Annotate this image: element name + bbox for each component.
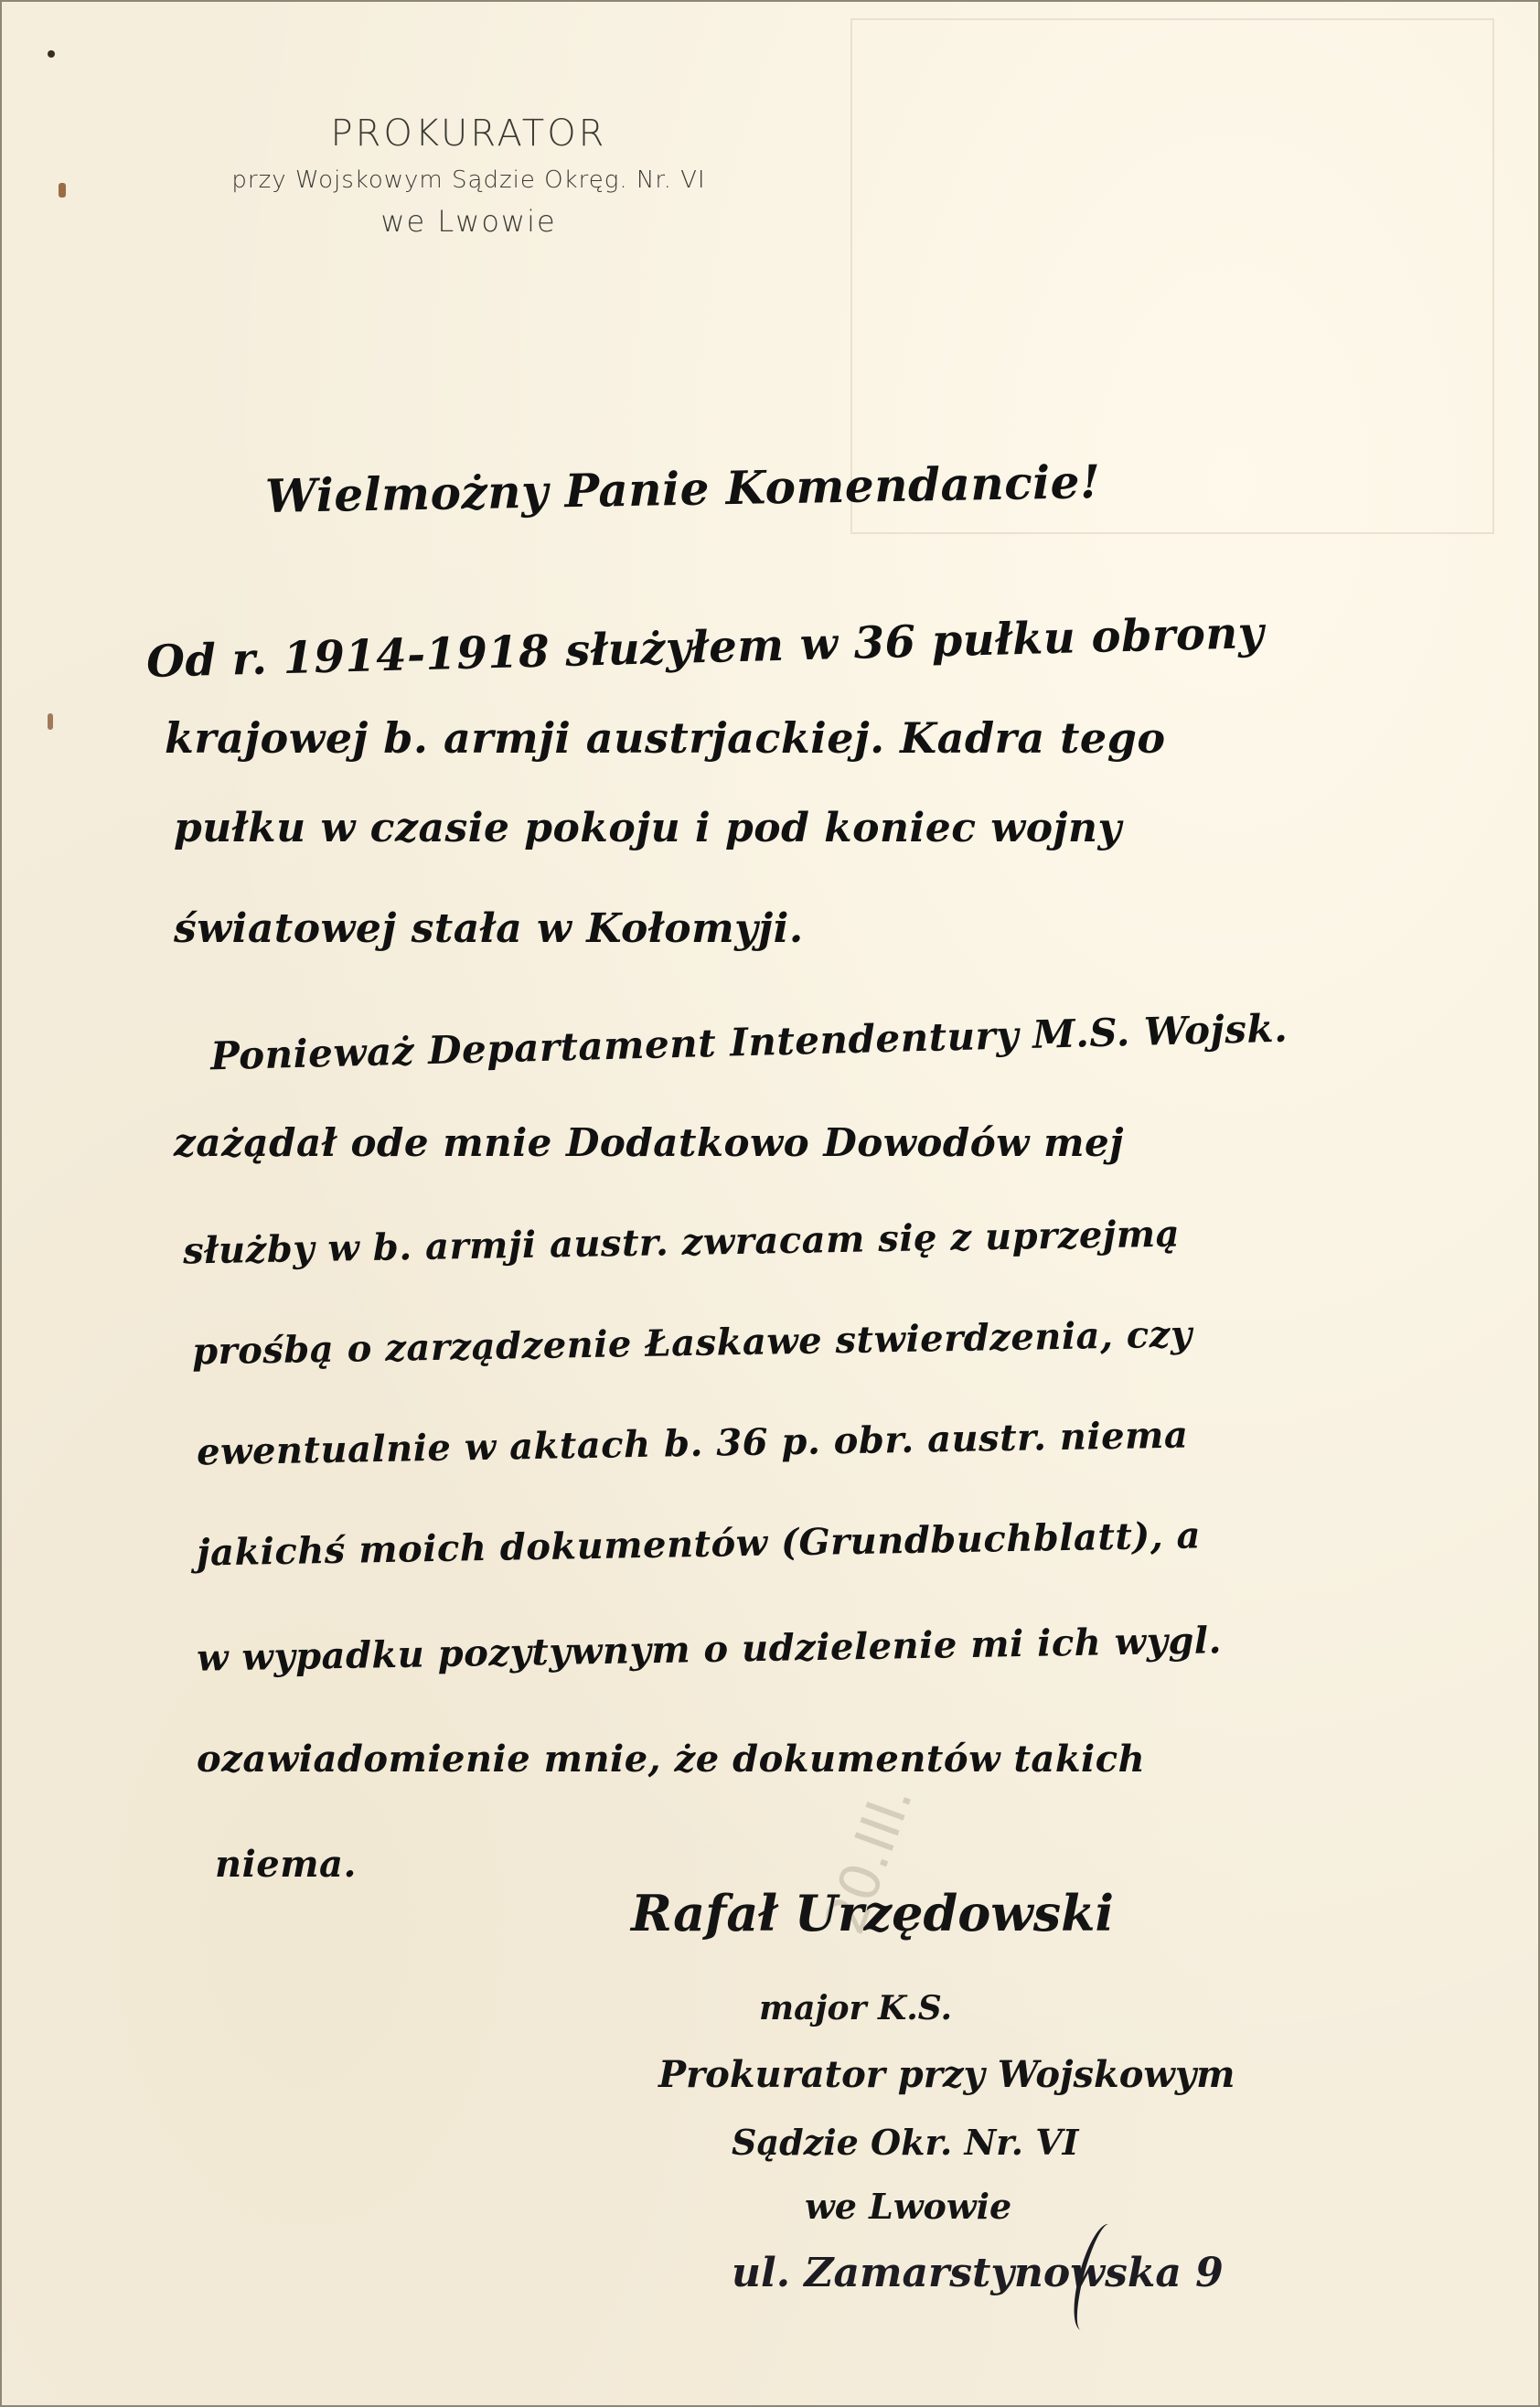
signature-title: Prokurator przy Wojskowym xyxy=(658,2053,1235,2096)
signature-title: Sądzie Okr. Nr. VI xyxy=(732,2122,1078,2163)
letterhead-city: we Lwowie xyxy=(146,201,791,241)
signature-city: we Lwowie xyxy=(805,2186,1011,2227)
letter-line: pułku w czasie pokoju i pod koniec wojny xyxy=(174,805,1122,851)
letter-line: niema. xyxy=(215,1843,357,1886)
rust-spot xyxy=(48,713,53,730)
signature-name: Rafał Urzędowski xyxy=(631,1884,1114,1942)
ink-spot xyxy=(48,50,55,58)
signature-rank: major K.S. xyxy=(759,1989,952,2027)
signature-address: ul. Zamarstynowska 9 xyxy=(732,2250,1224,2296)
letter-line: światowej stała w Kołomyji. xyxy=(174,905,804,952)
letter-line: krajowej b. armji austrjackiej. Kadra te… xyxy=(165,713,1166,763)
letterhead: PROKURATOR przy Wojskowym Sądzie Okręg. … xyxy=(146,108,791,241)
letterhead-title: PROKURATOR xyxy=(146,108,791,159)
letterhead-subtitle: przy Wojskowym Sądzie Okręg. Nr. VI xyxy=(146,159,791,201)
rust-spot xyxy=(59,183,66,198)
letter-line: zażądał ode mnie Dodatkowo Dowodów mej xyxy=(174,1120,1124,1165)
